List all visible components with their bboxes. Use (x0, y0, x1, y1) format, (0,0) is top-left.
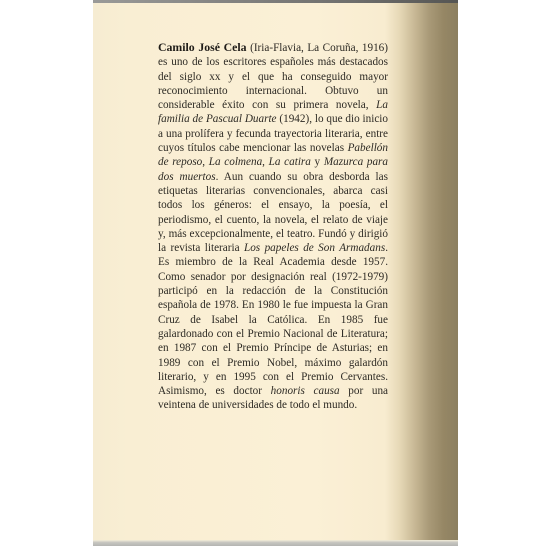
work-title: Los papeles de Son Armadans (244, 242, 385, 254)
author-biography: Camilo José Cela (Iria-Flavia, La Coruña… (158, 40, 388, 413)
page-bottom-edge (93, 540, 458, 546)
work-title: La colmena (209, 156, 262, 168)
author-name: Camilo José Cela (158, 40, 247, 54)
bio-text: . Es miembro de la Real Academia desde 1… (158, 242, 388, 397)
work-title: honoris causa (271, 385, 340, 397)
work-title: La catira (269, 156, 311, 168)
bio-text: y (311, 156, 324, 168)
